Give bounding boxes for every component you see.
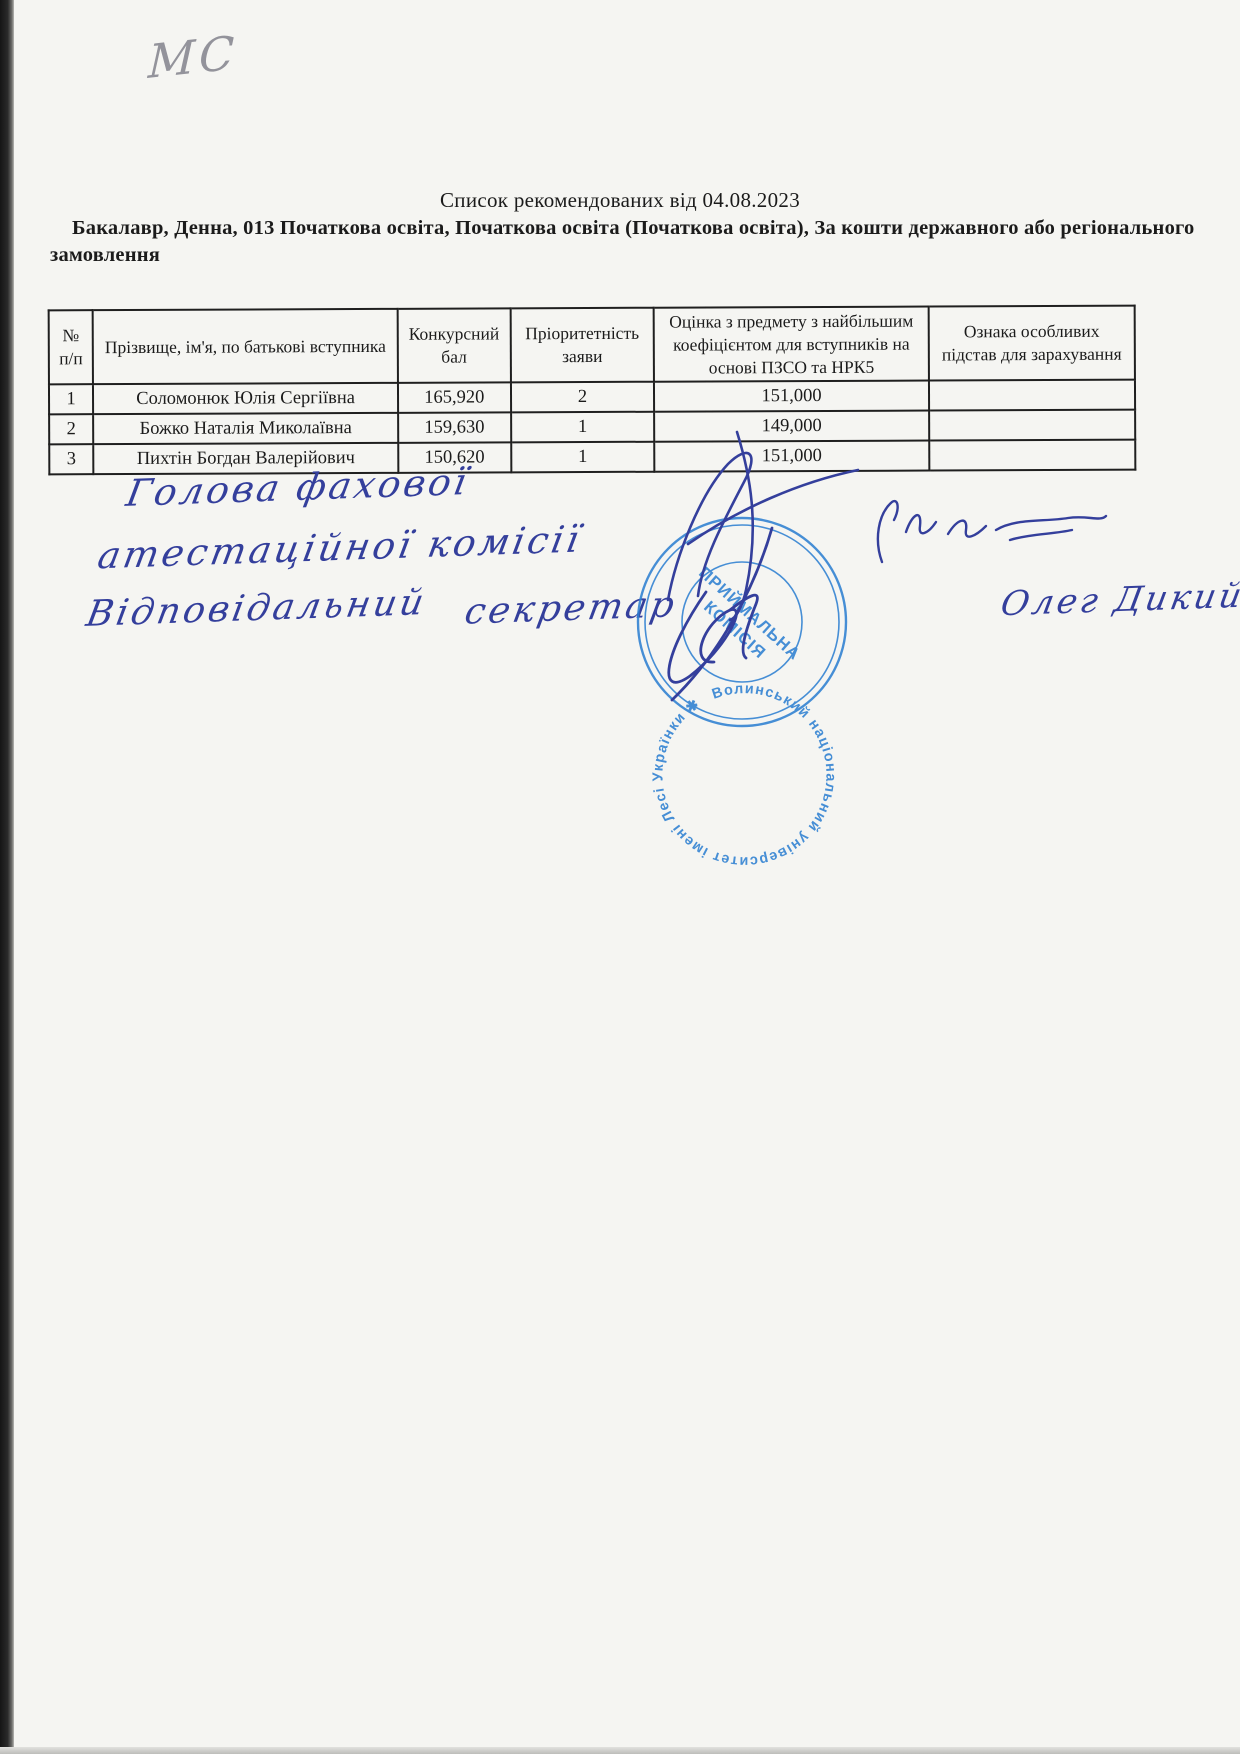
cell-priority: 1 <box>511 442 655 473</box>
header-competitive-score: Конкурсний бал <box>398 308 511 383</box>
scanner-bottom-strip <box>0 1747 1240 1754</box>
cell-score: 159,630 <box>398 413 511 443</box>
signature-annotation-scribble <box>878 501 1106 562</box>
handwritten-role-head-line2: атестаційної комісії <box>95 518 586 578</box>
scanner-edge-strip <box>0 0 14 1754</box>
handwritten-signer-name: Олег Дикий <box>998 576 1240 624</box>
header-number: № п/п <box>49 310 94 384</box>
stamp-ring-text: Волинський національний університет імен… <box>650 681 838 869</box>
cell-name: Божко Наталія Миколаївна <box>93 413 398 444</box>
handwritten-role-secretary-word2: секретар <box>462 584 681 632</box>
cell-name: Соломонюк Юлія Сергіївна <box>93 383 398 414</box>
cell-subject-score: 149,000 <box>654 411 929 442</box>
svg-text:Волинський національний універ: Волинський національний університет імен… <box>650 681 838 869</box>
cell-number: 1 <box>49 384 93 414</box>
document-title: Список рекомендованих від 04.08.2023 <box>50 188 1190 213</box>
pencil-corner-mark: МС <box>147 25 239 89</box>
table-header-row: № п/п Прізвище, ім'я, по батькові вступн… <box>49 306 1135 385</box>
scanned-document-page: МС Список рекомендованих від 04.08.2023 … <box>0 0 1240 1754</box>
table-row: 1 Соломонюк Юлія Сергіївна 165,920 2 151… <box>49 380 1135 415</box>
applicants-table: № п/п Прізвище, ім'я, по батькові вступн… <box>48 305 1137 476</box>
stamp-inner-ring <box>682 562 802 682</box>
cell-special <box>929 380 1135 411</box>
cell-number: 2 <box>49 414 93 444</box>
header-full-name: Прізвище, ім'я, по батькові вступника <box>93 309 398 385</box>
stamp-center-line1: ПРИЙМАЛЬНА <box>695 563 804 664</box>
table-row: 2 Божко Наталія Миколаївна 159,630 1 149… <box>49 410 1135 445</box>
cell-number: 3 <box>49 444 93 474</box>
header-special-grounds: Ознака особливих підстав для зарахування <box>928 306 1135 381</box>
university-round-stamp: Волинський національний університет імен… <box>638 518 846 869</box>
cell-priority: 2 <box>510 382 654 413</box>
cell-subject-score: 151,000 <box>655 441 930 472</box>
handwritten-role-secretary-word1: Відповідальний <box>83 582 430 635</box>
stamp-second-ring <box>645 525 839 719</box>
header-priority: Пріоритетність заяви <box>510 308 654 383</box>
cell-score: 165,920 <box>398 383 511 413</box>
document-subtitle: Бакалавр, Денна, 013 Початкова освіта, П… <box>50 215 1195 269</box>
cell-subject-score: 151,000 <box>654 381 929 412</box>
secretary-signature <box>669 528 772 700</box>
cell-priority: 1 <box>511 412 655 443</box>
cell-special <box>929 410 1135 441</box>
header-subject-score: Оцінка з предмету з найбільшим коефіцієн… <box>654 307 929 382</box>
stamp-center-line2: КОМІСІЯ <box>700 598 769 663</box>
cell-special <box>929 440 1135 471</box>
